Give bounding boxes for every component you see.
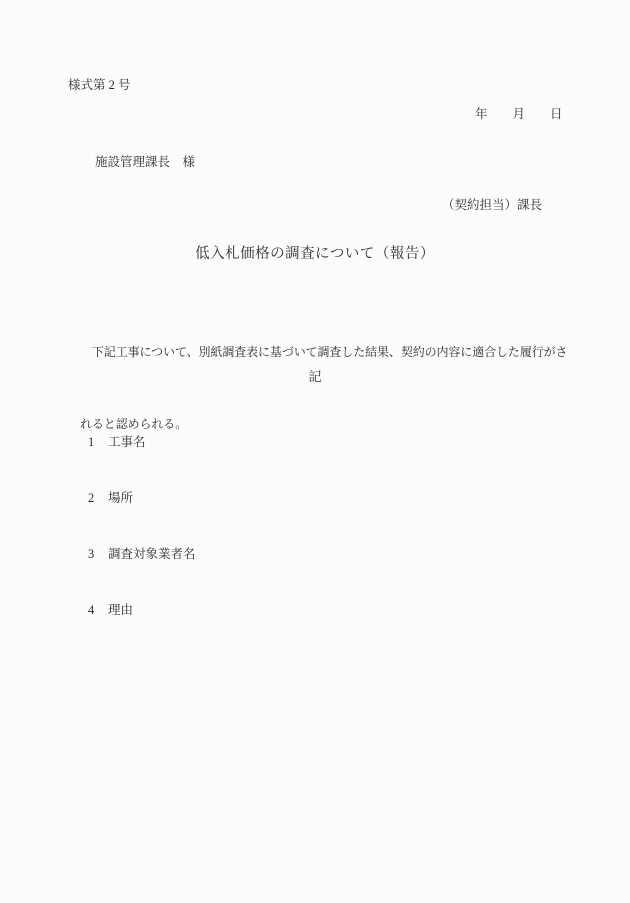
item-number: 2 <box>88 492 108 505</box>
list-item: 1 工事名 <box>0 436 630 467</box>
item-number: 4 <box>88 604 108 617</box>
item-label: 理由 <box>108 604 133 617</box>
sender-title: （契約担当）課長 <box>442 199 542 212</box>
list-item: 2 場所 <box>0 492 630 523</box>
body-line-1: 下記工事について、別紙調査表に基づいて調査した結果、契約の内容に適合した履行がさ <box>80 340 580 364</box>
item-number: 1 <box>88 436 108 449</box>
document-page: 様式第 2 号 年 月 日 施設管理課長 様 （契約担当）課長 低入札価格の調査… <box>0 0 630 903</box>
list-item: 4 理由 <box>0 604 630 635</box>
note-marker: 記 <box>0 370 630 383</box>
item-label: 調査対象業者名 <box>108 548 196 561</box>
addressee: 施設管理課長 様 <box>95 156 195 169</box>
item-number: 3 <box>88 548 108 561</box>
date-line: 年 月 日 <box>475 108 563 121</box>
items-list: 1 工事名 2 場所 3 調査対象業者名 4 理由 <box>0 411 630 660</box>
item-label: 工事名 <box>108 436 146 449</box>
form-number: 様式第 2 号 <box>68 79 131 92</box>
item-label: 場所 <box>108 492 133 505</box>
document-title: 低入札価格の調査について（報告） <box>0 247 630 262</box>
list-item: 3 調査対象業者名 <box>0 548 630 579</box>
